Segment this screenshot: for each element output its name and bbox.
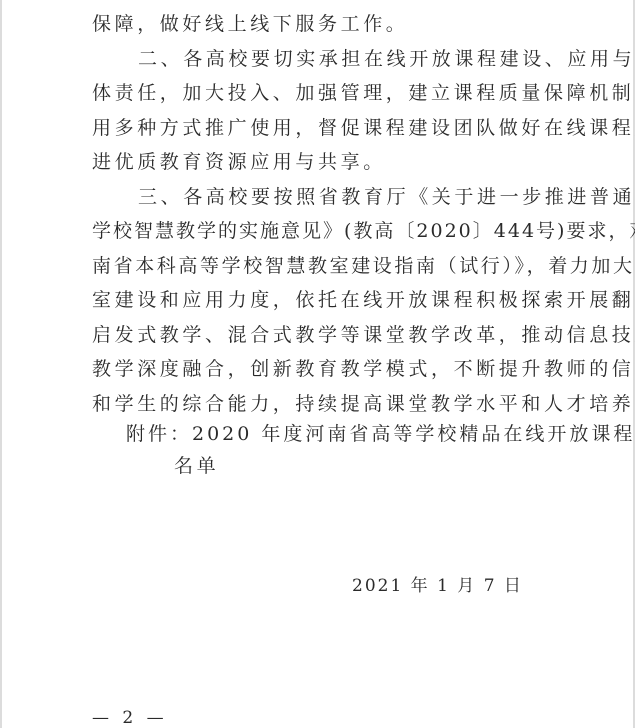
paragraph-1-tail: 保障，做好线上线下服务工作。 <box>92 12 562 36</box>
paragraph-3-line-2: 学校智慧教学的实施意见》(教高〔2020〕444号)要求，对照《河 <box>92 219 562 243</box>
paragraph-3-line-5: 启发式教学、混合式教学等课堂教学改革，推动信息技术与教育 <box>92 323 562 347</box>
paragraph-2-line-4: 进优质教育资源应用与共享。 <box>92 150 562 174</box>
attachment-label: 附件：2020 年度河南省高等学校精品在线开放课程立项建设 <box>126 422 596 446</box>
paragraph-2-line-3: 用多种方式推广使用，督促课程建设团队做好在线课程建设，促 <box>92 116 562 140</box>
paragraph-3-line-6: 教学深度融合，创新教育教学模式，不断提升教师的信息化素养 <box>92 357 562 381</box>
paragraph-2-line-1: 二、各高校要切实承担在线开放课程建设、应用与管理的主 <box>138 47 608 71</box>
paragraph-3-line-4: 室建设和应用力度，依托在线开放课程积极探索开展翻转课堂、 <box>92 288 562 312</box>
paragraph-2-line-2: 体责任，加大投入、加强管理，建立课程质量保障机制，积极采 <box>92 81 562 105</box>
attachment-label-continued: 名单 <box>174 454 635 478</box>
document-page: 保障，做好线上线下服务工作。 二、各高校要切实承担在线开放课程建设、应用与管理的… <box>0 0 635 728</box>
page-number: — 2 — <box>92 706 562 728</box>
paragraph-3-line-1: 三、各高校要按照省教育厅《关于进一步推进普通本科高等 <box>138 185 608 209</box>
document-date: 2021 年 1 月 7 日 <box>352 574 635 598</box>
paragraph-3-line-7: 和学生的综合能力，持续提高课堂教学水平和人才培养质量。 <box>92 392 562 416</box>
paragraph-3-line-3: 南省本科高等学校智慧教室建设指南（试行）》，着力加大智慧教 <box>92 254 562 278</box>
